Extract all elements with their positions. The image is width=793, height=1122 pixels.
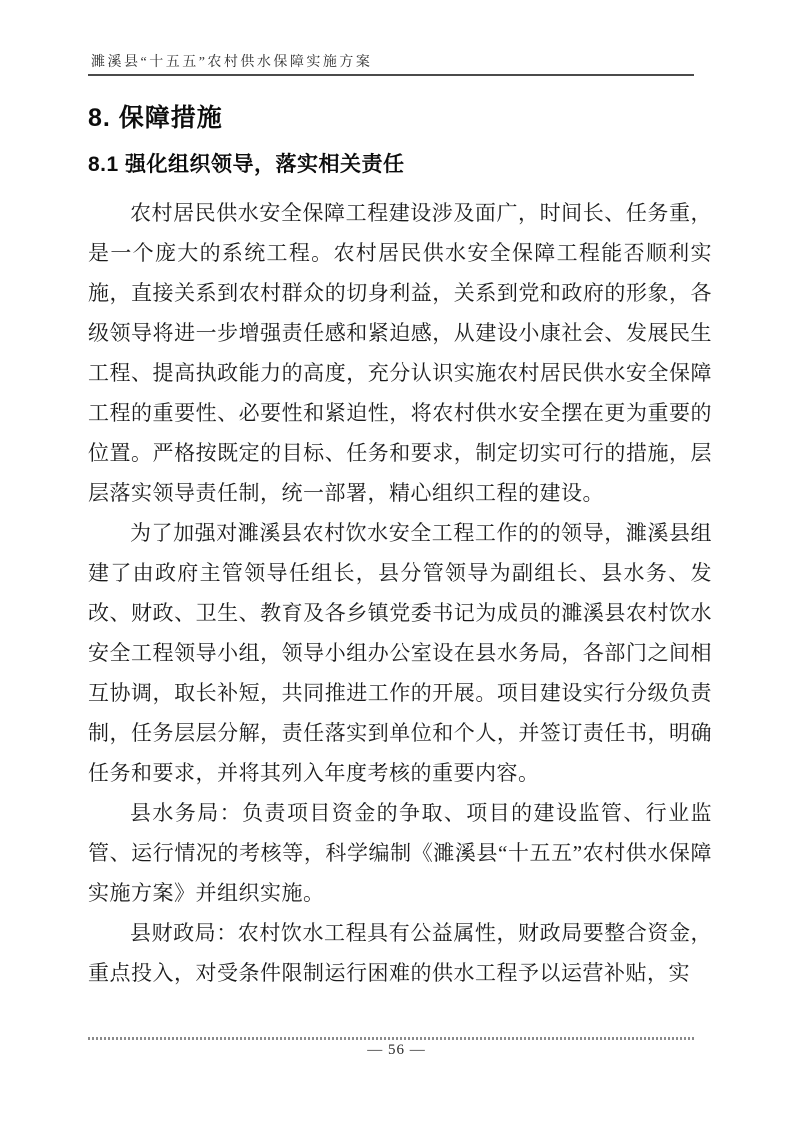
paragraph-block: 农村居民供水安全保障工程建设涉及面广，时间长、任务重，是一个庞大的系统工程。农村… bbox=[88, 193, 712, 993]
running-header-title: 濉溪县“十五五”农村供水保障实施方案 bbox=[91, 51, 372, 71]
document-body: 8. 保障措施 8.1 强化组织领导，落实相关责任 农村居民供水安全保障工程建设… bbox=[88, 102, 712, 993]
header-rule bbox=[88, 74, 694, 76]
paragraph: 县水务局：负责项目资金的争取、项目的建设监管、行业监管、运行情况的考核等，科学编… bbox=[88, 793, 712, 913]
document-page: 濉溪县“十五五”农村供水保障实施方案 8. 保障措施 8.1 强化组织领导，落实… bbox=[0, 0, 793, 1122]
section-heading: 8. 保障措施 bbox=[88, 102, 712, 134]
page-number: — 56 — bbox=[0, 1042, 793, 1059]
paragraph: 农村居民供水安全保障工程建设涉及面广，时间长、任务重，是一个庞大的系统工程。农村… bbox=[88, 193, 712, 513]
subsection-heading: 8.1 强化组织领导，落实相关责任 bbox=[88, 150, 712, 180]
footer-rule bbox=[88, 1037, 695, 1040]
paragraph: 为了加强对濉溪县农村饮水安全工程工作的的领导，濉溪县组建了由政府主管领导任组长，… bbox=[88, 513, 712, 793]
paragraph: 县财政局：农村饮水工程具有公益属性，财政局要整合资金，重点投入，对受条件限制运行… bbox=[88, 913, 712, 993]
